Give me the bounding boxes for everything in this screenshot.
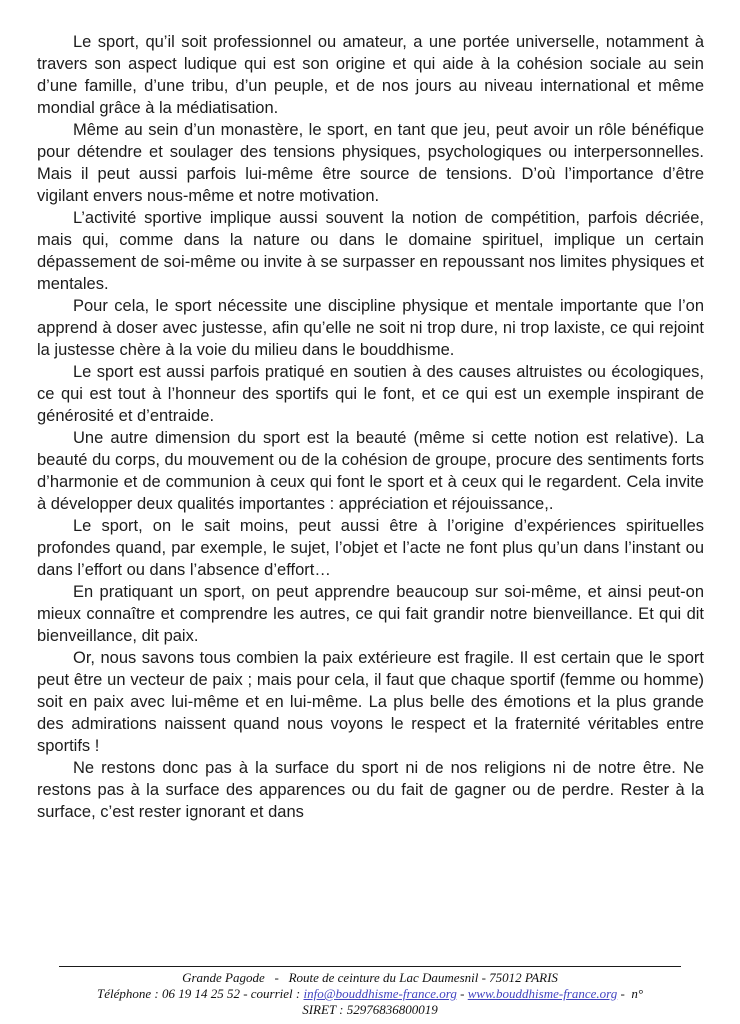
- footer-contact-separator: -: [457, 986, 468, 1001]
- body-paragraph: En pratiquant un sport, on peut apprendr…: [37, 581, 704, 647]
- body-paragraph: Ne restons donc pas à la surface du spor…: [37, 757, 704, 823]
- footer-phone-text: Téléphone : 06 19 14 25 52 - courriel :: [97, 986, 304, 1001]
- body-paragraph: Le sport, on le sait moins, peut aussi ê…: [37, 515, 704, 581]
- footer-address-text: Grande Pagode - Route de ceinture du Lac…: [182, 970, 558, 985]
- footer-address-line: Grande Pagode - Route de ceinture du Lac…: [59, 970, 681, 986]
- document-body: Le sport, qu’il soit professionnel ou am…: [37, 31, 704, 823]
- footer-contact-line: Téléphone : 06 19 14 25 52 - courriel : …: [59, 986, 681, 1002]
- footer-siret-line: SIRET : 52976836800019: [59, 1002, 681, 1018]
- body-paragraph: Pour cela, le sport nécessite une discip…: [37, 295, 704, 361]
- website-link[interactable]: www.bouddhisme-france.org: [468, 986, 618, 1001]
- footer-contact-suffix: - n°: [617, 986, 643, 1001]
- body-paragraph: Le sport est aussi parfois pratiqué en s…: [37, 361, 704, 427]
- body-paragraph: Or, nous savons tous combien la paix ext…: [37, 647, 704, 757]
- body-paragraph: L’activité sportive implique aussi souve…: [37, 207, 704, 295]
- footer-siret-text: SIRET : 52976836800019: [302, 1002, 438, 1017]
- body-paragraph: Le sport, qu’il soit professionnel ou am…: [37, 31, 704, 119]
- footer-divider: [59, 966, 681, 967]
- body-paragraph: Même au sein d’un monastère, le sport, e…: [37, 119, 704, 207]
- document-page: Le sport, qu’il soit professionnel ou am…: [0, 0, 740, 1024]
- body-paragraph: Une autre dimension du sport est la beau…: [37, 427, 704, 515]
- page-footer: Grande Pagode - Route de ceinture du Lac…: [59, 966, 681, 1018]
- email-link[interactable]: info@bouddhisme-france.org: [304, 986, 457, 1001]
